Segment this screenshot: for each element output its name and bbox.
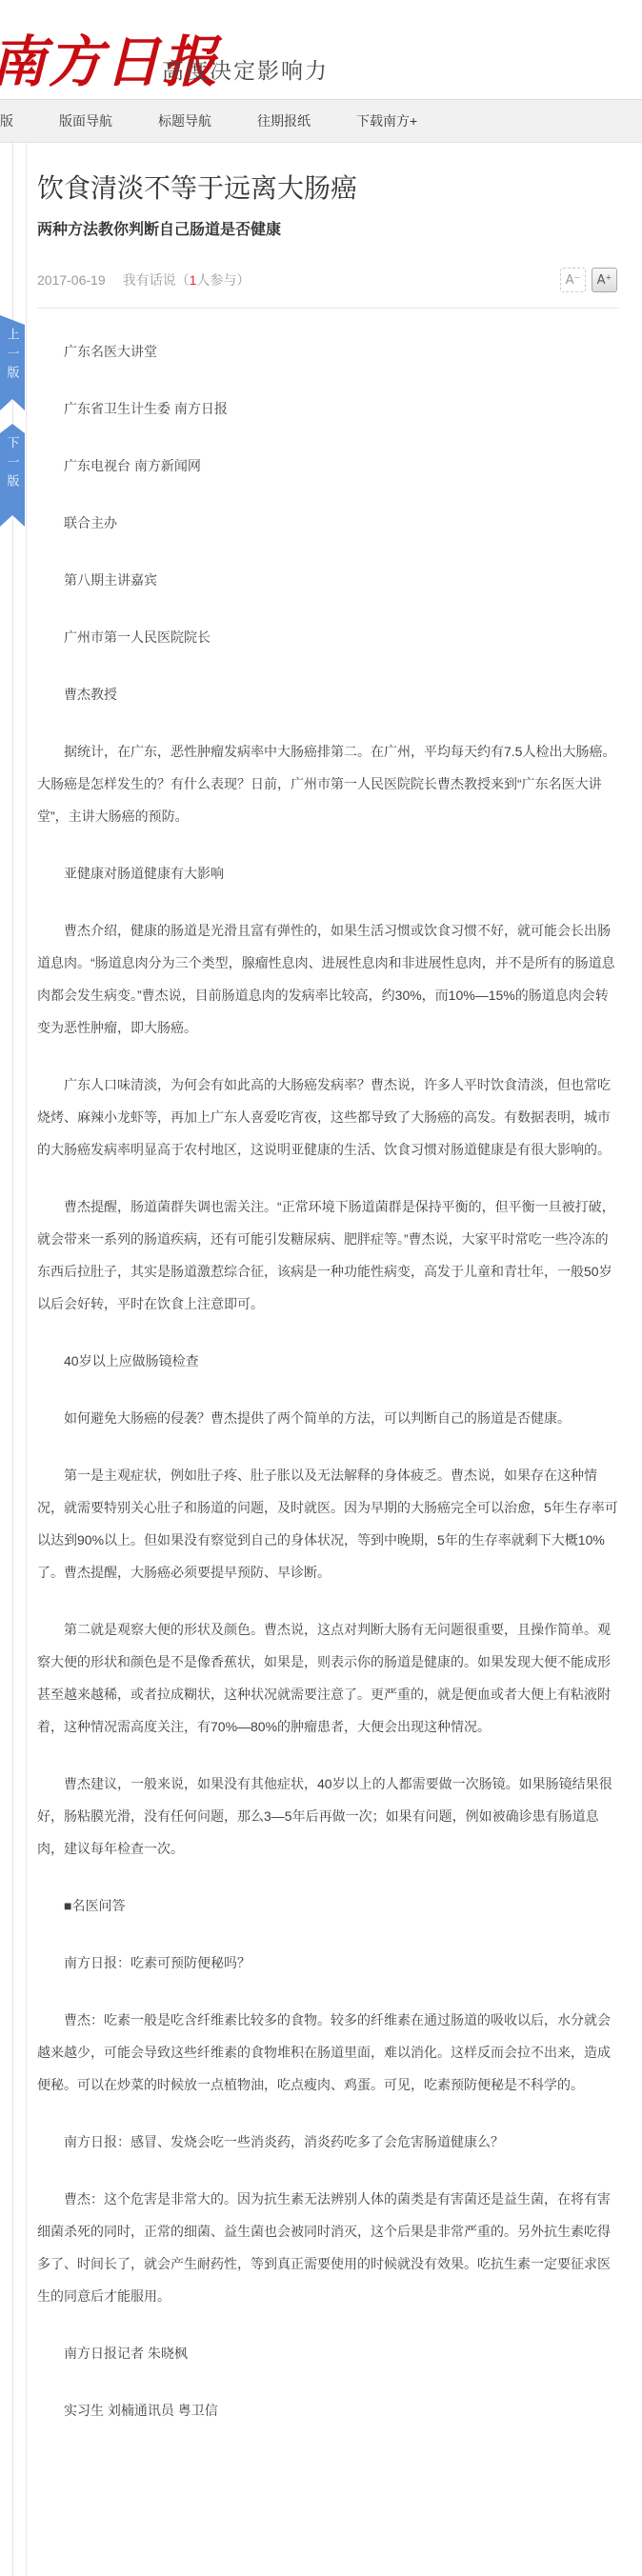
top-nav: 版 版面导航 标题导航 往期报纸 下载南方+ xyxy=(0,99,642,143)
meta-left: 2017-06-19 我有话说（1人参与） xyxy=(37,270,250,290)
section-heading: 亚健康对肠道健康有大影响 xyxy=(37,857,620,889)
comments-label-post: 人参与） xyxy=(196,272,250,288)
prev-page-ribbon[interactable]: 上一版 xyxy=(0,315,25,410)
paragraph: 第八期主讲嘉宾 xyxy=(37,564,620,596)
meta-divider xyxy=(37,308,619,309)
byline-intern: 实习生 刘楠通讯员 粤卫信 xyxy=(37,2394,620,2426)
paragraph: 曹杰介绍，健康的肠道是光滑且富有弹性的，如果生活习惯或饮食习惯不好，就可能会长出… xyxy=(37,914,620,1044)
qa-answer: 曹杰：这个危害是非常大的。因为抗生素无法辨别人体的菌类是有害菌还是益生菌，在将有… xyxy=(37,2183,620,2312)
paragraph: 联合主办 xyxy=(37,507,620,539)
section-heading: ■名医问答 xyxy=(37,1889,620,1922)
article-title: 饮食清淡不等于远离大肠癌 xyxy=(37,168,619,206)
paragraph: 曹杰提醒，肠道菌群失调也需关注。“正常环境下肠道菌群是保持平衡的，但平衡一旦被打… xyxy=(37,1190,620,1320)
paragraph: 第二就是观察大便的形状及颜色。曹杰说，这点对判断大肠有无问题很重要，且操作简单。… xyxy=(37,1613,620,1743)
font-size-controls: A⁻ A⁺ xyxy=(560,268,617,292)
paragraph: 曹杰建议，一般来说，如果没有其他症状，40岁以上的人都需要做一次肠镜。如果肠镜结… xyxy=(37,1767,620,1865)
site-header: 南方日报 高度决定影响力 xyxy=(0,0,642,99)
nav-item-page-navigation[interactable]: 版面导航 xyxy=(59,111,112,130)
font-smaller-button[interactable]: A⁻ xyxy=(560,268,586,292)
comments-link[interactable]: 我有话说（1人参与） xyxy=(123,270,251,290)
nav-item-title-navigation[interactable]: 标题导航 xyxy=(158,111,211,130)
next-page-label: 下一版 xyxy=(4,424,22,527)
paragraph: 广东名医大讲堂 xyxy=(37,335,620,368)
article-subtitle: 两种方法教你判断自己肠道是否健康 xyxy=(37,217,619,239)
paragraph: 据统计，在广东，恶性肿瘤发病率中大肠癌排第二。在广州，平均每天约有7.5人检出大… xyxy=(37,735,620,832)
paragraph: 广东电视台 南方新闻网 xyxy=(37,449,620,482)
next-page-ribbon[interactable]: 下一版 xyxy=(0,424,25,527)
nav-item-download-app[interactable]: 下载南方+ xyxy=(356,111,417,130)
font-larger-button[interactable]: A⁺ xyxy=(592,268,617,292)
prev-page-label: 上一版 xyxy=(4,315,22,410)
paragraph: 广东省卫生计生委 南方日报 xyxy=(37,392,620,425)
qa-answer: 曹杰：吃素一般是吃含纤维素比较多的食物。较多的纤维素在通过肠道的吸收以后，水分就… xyxy=(37,2004,620,2101)
nav-item-cutoff[interactable]: 版 xyxy=(0,111,13,130)
qa-question: 南方日报：吃素可预防便秘吗？ xyxy=(37,1947,620,1979)
paragraph: 第一是主观症状，例如肚子疼、肚子胀以及无法解释的身体疲乏。曹杰说，如果存在这种情… xyxy=(37,1459,620,1588)
article-meta-row: 2017-06-19 我有话说（1人参与） A⁻ A⁺ xyxy=(37,268,619,292)
article-card: 饮食清淡不等于远离大肠癌 两种方法教你判断自己肠道是否健康 2017-06-19… xyxy=(26,143,642,2576)
publish-date: 2017-06-19 xyxy=(37,272,106,288)
paper-tagline: 高度决定影响力 xyxy=(162,53,329,85)
section-heading: 40岁以上应做肠镜检查 xyxy=(37,1345,620,1377)
paragraph: 曹杰教授 xyxy=(37,678,620,710)
nav-item-past-issues[interactable]: 往期报纸 xyxy=(257,111,311,130)
paragraph: 广州市第一人民医院院长 xyxy=(37,621,620,653)
comments-label-pre: 我有话说（ xyxy=(123,272,190,288)
paragraph: 广东人口味清淡，为何会有如此高的大肠癌发病率？曹杰说，许多人平时饮食清淡，但也常… xyxy=(37,1068,620,1166)
article-body: 广东名医大讲堂 广东省卫生计生委 南方日报 广东电视台 南方新闻网 联合主办 第… xyxy=(37,335,620,2426)
qa-question: 南方日报：感冒、发烧会吃一些消炎药，消炎药吃多了会危害肠道健康么？ xyxy=(37,2126,620,2158)
paragraph: 如何避免大肠癌的侵袭？曹杰提供了两个简单的方法，可以判断自己的肠道是否健康。 xyxy=(37,1402,620,1434)
byline-reporter: 南方日报记者 朱晓枫 xyxy=(37,2337,620,2369)
